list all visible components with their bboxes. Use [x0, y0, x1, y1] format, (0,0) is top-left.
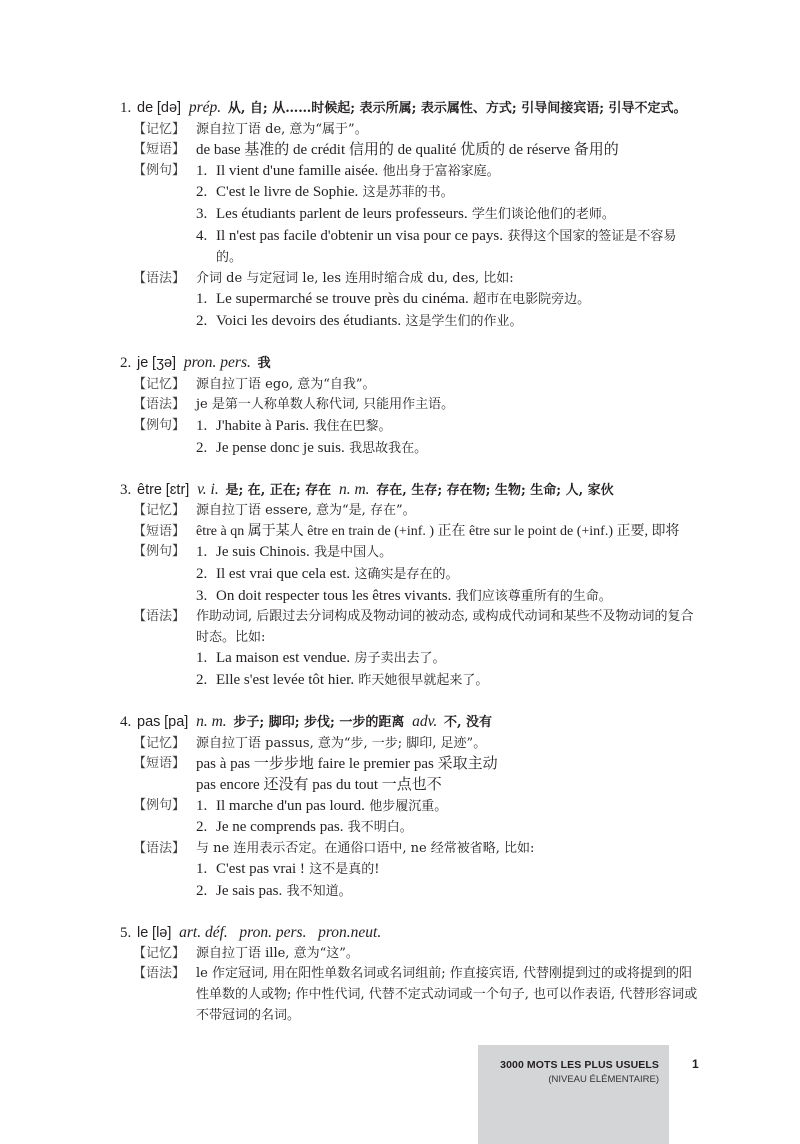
- page-number: 1: [692, 1057, 699, 1071]
- grammar-section: 【语法】 作助动词, 后跟过去分词构成及物动词的被动态, 或构成代动词和某些不及…: [120, 607, 702, 691]
- example-chinese: 房子卖出去了。: [354, 651, 445, 666]
- example-french: C'est le livre de Sophie.: [216, 184, 358, 200]
- book-title: 3000 MOTS LES PLUS USUELS: [500, 1059, 659, 1071]
- example-chinese: 这是苏菲的书。: [363, 185, 454, 200]
- example-item: 2.Il est vrai que cela est. 这确实是存在的。: [196, 564, 702, 586]
- example-number: 1.: [196, 289, 216, 311]
- example-french: Elle s'est levée tôt hier.: [216, 672, 354, 688]
- entry-header: 1. de [də] prép. 从, 自; 从……时候起; 表示所属; 表示属…: [120, 98, 702, 120]
- entry-header: 3. être [ɛtr] v. i. 是; 在, 正在; 存在 n. m. 存…: [120, 480, 702, 502]
- grammar-label: 【语法】: [133, 269, 196, 333]
- grammar-example: 2.Voici les devoirs des étudiants. 这是学生们…: [196, 311, 702, 333]
- phrase-section: 【短语】 être à qn 属于某人 être en train de (+i…: [120, 522, 702, 543]
- pronunciation: [ʒə]: [152, 355, 176, 371]
- meaning: 步子; 脚印; 步伐; 一步的距离: [233, 715, 404, 730]
- grammar-label: 【语法】: [133, 395, 196, 416]
- memory-section: 【记忆】 源自拉丁语 de, 意为“属于”。: [120, 120, 702, 141]
- example-item: 1.Il vient d'une famille aisée. 他出身于富裕家庭…: [196, 161, 702, 183]
- phrase-label: 【短语】: [133, 140, 196, 161]
- example-french: On doit respecter tous les êtres vivants…: [216, 588, 451, 604]
- example-section: 【例句】 1.J'habite à Paris. 我住在巴黎。 2.Je pen…: [120, 416, 702, 459]
- grammar-text: le 作定冠词, 用在阳性单数名词或名词组前; 作直接宾语, 代替刚提到过的或将…: [196, 964, 702, 1026]
- example-french: C'est pas vrai !: [216, 861, 305, 877]
- entry-de: 1. de [də] prép. 从, 自; 从……时候起; 表示所属; 表示属…: [120, 98, 702, 333]
- memory-label: 【记忆】: [133, 944, 196, 965]
- example-chinese: 我思故我在。: [349, 441, 427, 456]
- memory-text: 源自拉丁语 essere, 意为“是, 存在”。: [196, 501, 702, 522]
- entry-number: 4.: [120, 712, 137, 734]
- headword: être: [137, 482, 162, 498]
- meaning: 从, 自; 从……时候起; 表示所属; 表示属性、方式; 引导间接宾语; 引导不…: [228, 101, 687, 116]
- grammar-example: 2.Je sais pas. 我不知道。: [196, 881, 702, 903]
- entry-je: 2. je [ʒə] pron. pers. 我 【记忆】 源自拉丁语 ego,…: [120, 353, 702, 459]
- example-label: 【例句】: [133, 542, 196, 607]
- example-chinese: 超市在电影院旁边。: [473, 292, 590, 307]
- grammar-example: 1.Le supermarché se trouve près du ciném…: [196, 289, 702, 311]
- example-number: 2.: [196, 311, 216, 333]
- headword: je: [137, 355, 148, 371]
- example-item: 3.On doit respecter tous les êtres vivan…: [196, 586, 702, 608]
- grammar-text: 介词 de 与定冠词 le, les 连用时缩合成 du, des, 比如:: [196, 269, 702, 290]
- example-chinese: 我住在巴黎。: [313, 419, 391, 434]
- grammar-example: 1.C'est pas vrai ! 这不是真的!: [196, 859, 702, 881]
- example-french: Je pense donc je suis.: [216, 440, 345, 456]
- memory-label: 【记忆】: [133, 120, 196, 141]
- phrase-text: de base 基准的 de crédit 信用的 de qualité 优质的…: [196, 140, 702, 161]
- phrase-text: pas encore 还没有 pas du tout 一点也不: [196, 775, 702, 796]
- part-of-speech: n. m.: [196, 713, 227, 730]
- entry-number: 5.: [120, 923, 137, 944]
- example-item: 1.Il marche d'un pas lourd. 他步履沉重。: [196, 796, 702, 818]
- example-label: 【例句】: [133, 796, 196, 839]
- example-french: Je sais pas.: [216, 883, 282, 899]
- grammar-section: 【语法】 le 作定冠词, 用在阳性单数名词或名词组前; 作直接宾语, 代替刚提…: [120, 964, 702, 1026]
- entry-header: 4. pas [pa] n. m. 步子; 脚印; 步伐; 一步的距离 adv.…: [120, 712, 702, 734]
- meaning: 我: [258, 356, 271, 371]
- example-label: 【例句】: [133, 161, 196, 269]
- pronunciation: [ɛtr]: [166, 482, 190, 498]
- grammar-label: 【语法】: [133, 607, 196, 691]
- example-item: 4.Il n'est pas facile d'obtenir un visa …: [196, 226, 702, 269]
- example-section: 【例句】 1.Je suis Chinois. 我是中国人。 2.Il est …: [120, 542, 702, 607]
- headword: de: [137, 100, 153, 116]
- example-chinese: 我不明白。: [348, 820, 413, 835]
- example-number: 1.: [196, 796, 216, 818]
- headword: pas: [137, 714, 160, 730]
- example-french: La maison est vendue.: [216, 650, 350, 666]
- example-chinese: 我不知道。: [287, 884, 352, 899]
- example-french: Je suis Chinois.: [216, 544, 310, 560]
- example-french: Je ne comprends pas.: [216, 819, 343, 835]
- memory-text: 源自拉丁语 ille, 意为“这”。: [196, 944, 702, 965]
- footer-book-title-box: 3000 MOTS LES PLUS USUELS (NIVEAU ÉLÉMEN…: [478, 1045, 669, 1144]
- example-number: 1.: [196, 161, 216, 183]
- headword: le: [137, 925, 148, 941]
- dictionary-page: 1. de [də] prép. 从, 自; 从……时候起; 表示所属; 表示属…: [120, 98, 702, 1047]
- entry-number: 3.: [120, 480, 137, 502]
- example-item: 2.Je ne comprends pas. 我不明白。: [196, 817, 702, 839]
- example-number: 2.: [196, 564, 216, 586]
- phrase-section: 【短语】 pas à pas 一步步地 faire le premier pas…: [120, 754, 702, 795]
- example-french: Il est vrai que cela est.: [216, 566, 350, 582]
- grammar-section: 【语法】 与 ne 连用表示否定。在通俗口语中, ne 经常被省略, 比如: 1…: [120, 839, 702, 903]
- example-chinese: 他步履沉重。: [369, 799, 447, 814]
- pronunciation: [lə]: [152, 925, 171, 941]
- meaning: 存在, 生存; 存在物; 生物; 生命; 人, 家伙: [376, 483, 613, 498]
- example-section: 【例句】 1.Il vient d'une famille aisée. 他出身…: [120, 161, 702, 269]
- example-french: J'habite à Paris.: [216, 418, 309, 434]
- example-label: 【例句】: [133, 416, 196, 459]
- example-number: 2.: [196, 670, 216, 692]
- memory-label: 【记忆】: [133, 501, 196, 522]
- example-number: 2.: [196, 817, 216, 839]
- example-item: 2.C'est le livre de Sophie. 这是苏菲的书。: [196, 182, 702, 204]
- example-french: Voici les devoirs des étudiants.: [216, 313, 401, 329]
- memory-text: 源自拉丁语 passus, 意为“步, 一步; 脚印, 足迹”。: [196, 734, 702, 755]
- example-french: Il vient d'une famille aisée.: [216, 163, 378, 179]
- pronunciation: [də]: [157, 100, 181, 116]
- example-item: 1.Je suis Chinois. 我是中国人。: [196, 542, 702, 564]
- phrase-text: pas à pas 一步步地 faire le premier pas 采取主动: [196, 754, 702, 775]
- example-chinese: 这确实是存在的。: [354, 567, 458, 582]
- example-french: Le supermarché se trouve près du cinéma.: [216, 291, 469, 307]
- example-chinese: 这不是真的!: [309, 862, 379, 877]
- memory-section: 【记忆】 源自拉丁语 passus, 意为“步, 一步; 脚印, 足迹”。: [120, 734, 702, 755]
- memory-section: 【记忆】 源自拉丁语 ego, 意为“自我”。: [120, 375, 702, 396]
- example-number: 1.: [196, 542, 216, 564]
- example-chinese: 我是中国人。: [314, 545, 392, 560]
- example-french: Il n'est pas facile d'obtenir un visa po…: [216, 228, 503, 244]
- grammar-label: 【语法】: [133, 839, 196, 903]
- grammar-section: 【语法】 介词 de 与定冠词 le, les 连用时缩合成 du, des, …: [120, 269, 702, 333]
- grammar-label: 【语法】: [133, 964, 196, 1026]
- example-number: 2.: [196, 182, 216, 204]
- memory-text: 源自拉丁语 de, 意为“属于”。: [196, 120, 702, 141]
- grammar-text: 与 ne 连用表示否定。在通俗口语中, ne 经常被省略, 比如:: [196, 839, 702, 860]
- example-number: 2.: [196, 438, 216, 460]
- example-number: 2.: [196, 881, 216, 903]
- entry-le: 5. le [lə] art. déf. pron. pers. pron.ne…: [120, 923, 702, 1026]
- example-item: 3.Les étudiants parlent de leurs profess…: [196, 204, 702, 226]
- grammar-text: je 是第一人称单数人称代词, 只能用作主语。: [196, 395, 702, 416]
- memory-label: 【记忆】: [133, 375, 196, 396]
- part-of-speech: art. déf. pron. pers. pron.neut.: [179, 924, 381, 941]
- grammar-example: 2.Elle s'est levée tôt hier. 昨天她很早就起来了。: [196, 670, 702, 692]
- book-subtitle: (NIVEAU ÉLÉMENTAIRE): [548, 1074, 659, 1085]
- entry-etre: 3. être [ɛtr] v. i. 是; 在, 正在; 存在 n. m. 存…: [120, 480, 702, 692]
- example-number: 1.: [196, 648, 216, 670]
- meaning: 不, 没有: [444, 715, 492, 730]
- part-of-speech: pron. pers.: [184, 354, 251, 371]
- example-item: 2.Je pense donc je suis. 我思故我在。: [196, 438, 702, 460]
- grammar-section: 【语法】 je 是第一人称单数人称代词, 只能用作主语。: [120, 395, 702, 416]
- phrase-label: 【短语】: [133, 522, 196, 543]
- phrase-section: 【短语】 de base 基准的 de crédit 信用的 de qualit…: [120, 140, 702, 161]
- part-of-speech: n. m.: [339, 481, 370, 498]
- entry-pas: 4. pas [pa] n. m. 步子; 脚印; 步伐; 一步的距离 adv.…: [120, 712, 702, 902]
- part-of-speech: adv.: [412, 713, 437, 730]
- phrase-text: être à qn 属于某人 être en train de (+inf. )…: [196, 522, 702, 543]
- example-number: 1.: [196, 859, 216, 881]
- example-chinese: 学生们谈论他们的老师。: [472, 207, 615, 222]
- example-number: 3.: [196, 204, 216, 226]
- memory-label: 【记忆】: [133, 734, 196, 755]
- example-number: 1.: [196, 416, 216, 438]
- pronunciation: [pa]: [164, 714, 188, 730]
- entry-number: 2.: [120, 353, 137, 375]
- meaning: 是; 在, 正在; 存在: [225, 483, 331, 498]
- memory-section: 【记忆】 源自拉丁语 essere, 意为“是, 存在”。: [120, 501, 702, 522]
- example-chinese: 他出身于富裕家庭。: [383, 164, 500, 179]
- example-chinese: 这是学生们的作业。: [405, 314, 522, 329]
- entry-header: 2. je [ʒə] pron. pers. 我: [120, 353, 702, 375]
- grammar-example: 1.La maison est vendue. 房子卖出去了。: [196, 648, 702, 670]
- example-french: Il marche d'un pas lourd.: [216, 798, 365, 814]
- example-chinese: 昨天她很早就起来了。: [358, 673, 488, 688]
- example-french: Les étudiants parlent de leurs professeu…: [216, 206, 468, 222]
- example-number: 4.: [196, 226, 216, 269]
- memory-text: 源自拉丁语 ego, 意为“自我”。: [196, 375, 702, 396]
- example-chinese: 我们应该尊重所有的生命。: [456, 589, 612, 604]
- entry-number: 1.: [120, 98, 137, 120]
- example-item: 1.J'habite à Paris. 我住在巴黎。: [196, 416, 702, 438]
- entry-header: 5. le [lə] art. déf. pron. pers. pron.ne…: [120, 923, 702, 944]
- grammar-text: 作助动词, 后跟过去分词构成及物动词的被动态, 或构成代动词和某些不及物动词的复…: [196, 607, 702, 648]
- part-of-speech: v. i.: [197, 481, 219, 498]
- part-of-speech: prép.: [189, 99, 221, 116]
- phrase-label: 【短语】: [133, 754, 196, 795]
- memory-section: 【记忆】 源自拉丁语 ille, 意为“这”。: [120, 944, 702, 965]
- example-number: 3.: [196, 586, 216, 608]
- example-section: 【例句】 1.Il marche d'un pas lourd. 他步履沉重。 …: [120, 796, 702, 839]
